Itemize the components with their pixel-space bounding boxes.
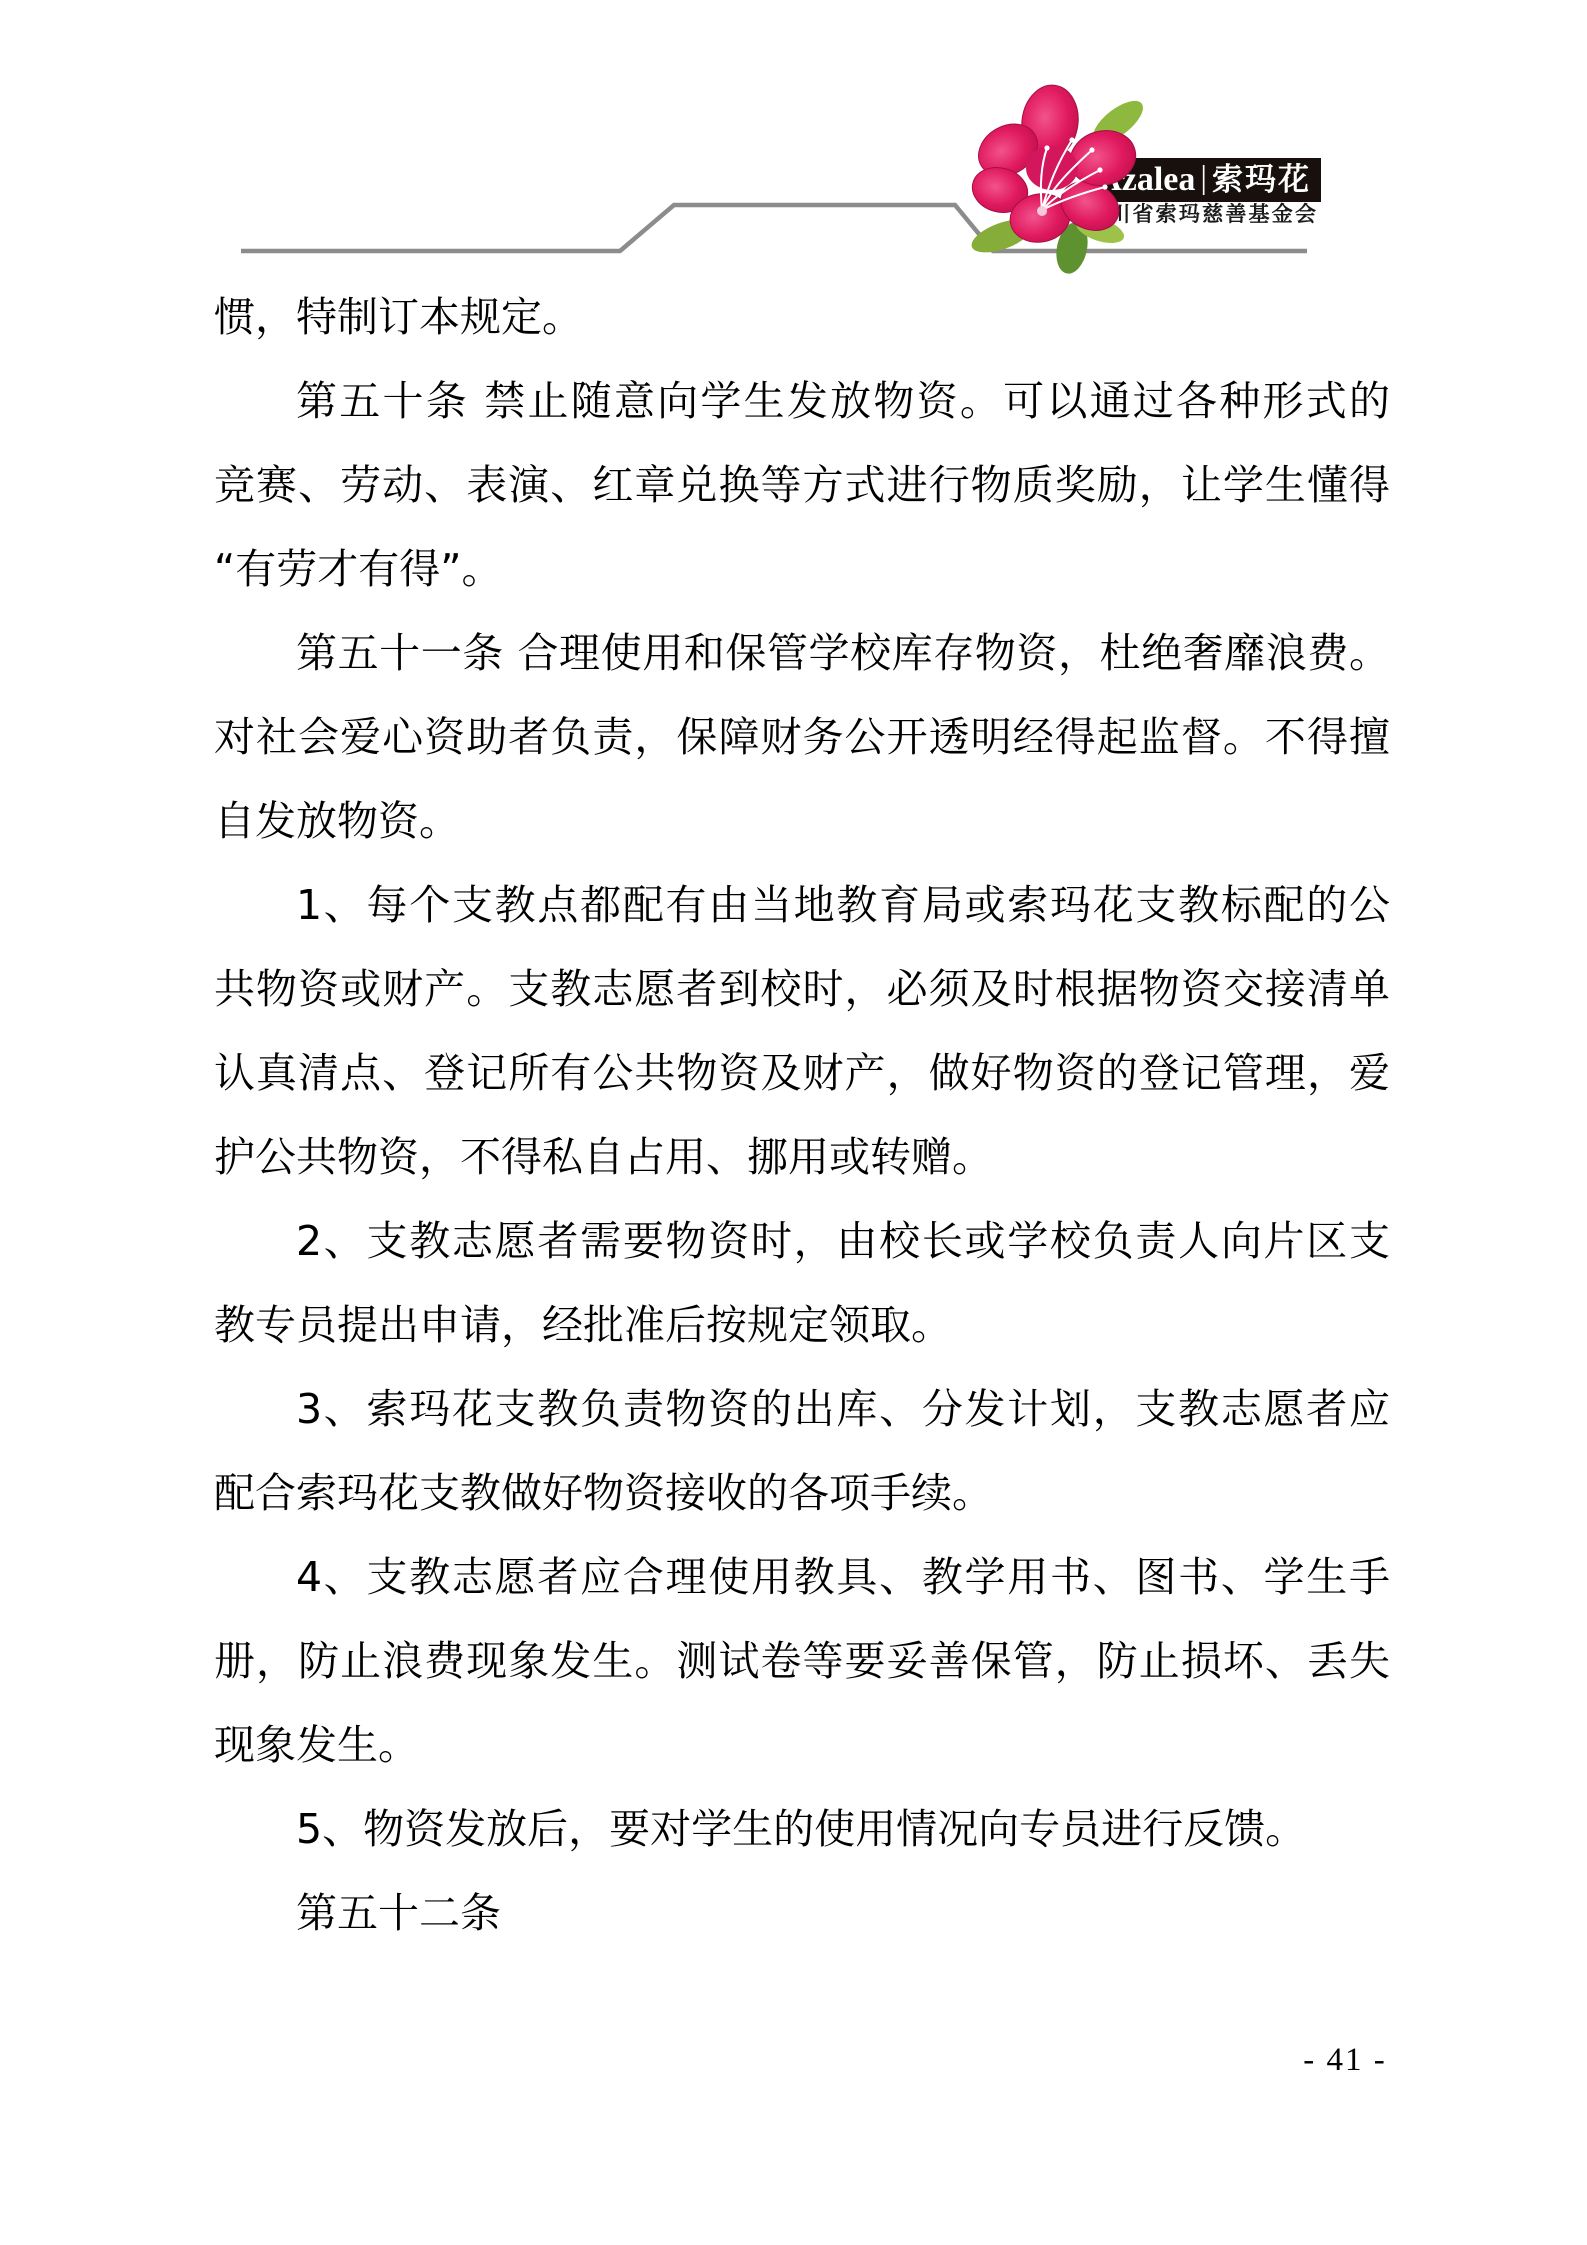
document-page: Azalea | 索玛花 四川省索玛慈善基金会	[0, 0, 1587, 2245]
document-text: 惯，特制订本规定。第五十条 禁止随意向学生发放物资。可以通过各种形式的竞赛、劳动…	[214, 275, 1390, 1955]
azalea-flower-icon	[955, 78, 1165, 278]
flower-petals	[967, 81, 1142, 246]
text-line: 配合索玛花支教做好物资接收的各项手续。	[214, 1451, 1390, 1535]
text-line: 第五十一条 合理使用和保管学校库存物资，杜绝奢靡浪费。	[214, 611, 1390, 695]
text-line: 第五十二条	[214, 1871, 1390, 1955]
text-line: 4、支教志愿者应合理使用教具、教学用书、图书、学生手	[214, 1535, 1390, 1619]
text-line: 第五十条 禁止随意向学生发放物资。可以通过各种形式的	[214, 359, 1390, 443]
text-line: “有劳才有得”。	[214, 527, 1390, 611]
header-divider-line	[0, 0, 1587, 300]
logo-brand-divider: |	[1200, 162, 1207, 195]
text-line: 教专员提出申请，经批准后按规定领取。	[214, 1283, 1390, 1367]
text-line: 认真清点、登记所有公共物资及财产，做好物资的登记管理，爱	[214, 1031, 1390, 1115]
text-line: 自发放物资。	[214, 779, 1390, 863]
text-line: 竞赛、劳动、表演、红章兑换等方式进行物质奖励，让学生懂得	[214, 443, 1390, 527]
text-line: 对社会爱心资助者负责，保障财务公开透明经得起监督。不得擅	[214, 695, 1390, 779]
text-line: 1、每个支教点都配有由当地教育局或索玛花支教标配的公	[214, 863, 1390, 947]
logo-brand-cn: 索玛花	[1212, 165, 1311, 196]
text-line: 共物资或财产。支教志愿者到校时，必须及时根据物资交接清单	[214, 947, 1390, 1031]
text-line: 现象发生。	[214, 1703, 1390, 1787]
text-line: 5、物资发放后，要对学生的使用情况向专员进行反馈。	[214, 1787, 1390, 1871]
text-line: 册，防止浪费现象发生。测试卷等要妥善保管，防止损坏、丢失	[214, 1619, 1390, 1703]
text-line: 惯，特制订本规定。	[214, 275, 1390, 359]
text-line: 2、支教志愿者需要物资时，由校长或学校负责人向片区支	[214, 1199, 1390, 1283]
text-line: 护公共物资，不得私自占用、挪用或转赠。	[214, 1115, 1390, 1199]
page-number: - 41 -	[1290, 2042, 1400, 2079]
text-line: 3、索玛花支教负责物资的出库、分发计划，支教志愿者应	[214, 1367, 1390, 1451]
